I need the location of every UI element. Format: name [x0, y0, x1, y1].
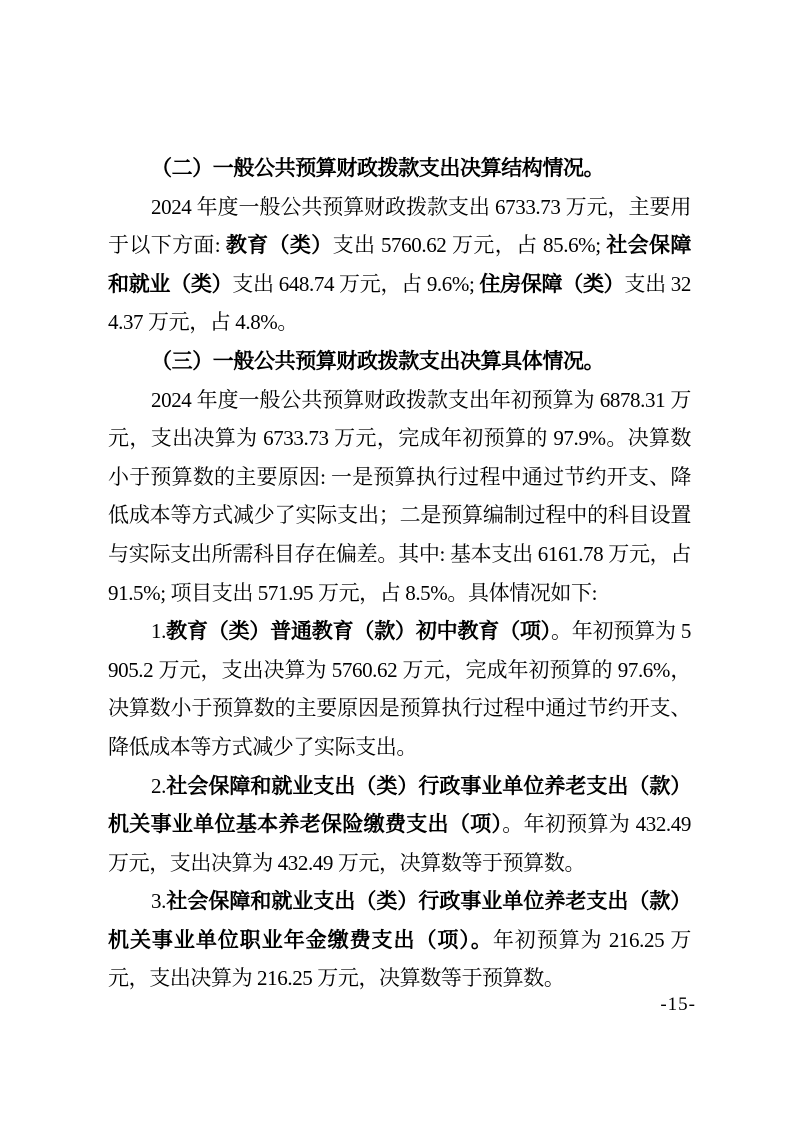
bold-text-run: （三）一般公共预算财政拨款支出决算具体情况。 [151, 349, 604, 373]
text-run: 支出 648.74 万元，占 9.6%; [232, 272, 479, 296]
paragraph: 2024 年度一般公共预算财政拨款支出 6733.73 万元，主要用于以下方面:… [108, 188, 691, 342]
bold-text-run: （二）一般公共预算财政拨款支出决算结构情况。 [151, 156, 604, 180]
paragraph: 2024 年度一般公共预算财政拨款支出年初预算为 6878.31 万元，支出决算… [108, 381, 691, 613]
text-run: 2. [151, 774, 166, 798]
section-heading: （三）一般公共预算财政拨款支出决算具体情况。 [108, 342, 691, 381]
text-run: 2024 年度一般公共预算财政拨款支出年初预算为 6878.31 万元，支出决算… [108, 388, 691, 605]
bold-text-run: 住房保障（类） [479, 272, 624, 296]
text-run: 3. [151, 889, 166, 913]
paragraph: 2.社会保障和就业支出（类）行政事业单位养老支出（款）机关事业单位基本养老保险缴… [108, 767, 691, 883]
paragraph: 3.社会保障和就业支出（类）行政事业单位养老支出（款）机关事业单位职业年金缴费支… [108, 882, 691, 998]
paragraph: 1.教育（类）普通教育（款）初中教育（项）。年初预算为 5905.2 万元，支出… [108, 612, 691, 766]
text-run: 1. [151, 619, 166, 643]
section-heading: （二）一般公共预算财政拨款支出决算结构情况。 [108, 149, 691, 188]
page-number: -15- [660, 994, 696, 1016]
text-run: 支出 5760.62 万元，占 85.6%; [333, 233, 607, 257]
bold-text-run: 教育（类）普通教育（款）初中教育（项） [166, 619, 551, 643]
document-page: （二）一般公共预算财政拨款支出决算结构情况。2024 年度一般公共预算财政拨款支… [0, 0, 793, 1122]
document-content: （二）一般公共预算财政拨款支出决算结构情况。2024 年度一般公共预算财政拨款支… [108, 149, 691, 998]
bold-text-run: 教育（类） [226, 233, 333, 257]
